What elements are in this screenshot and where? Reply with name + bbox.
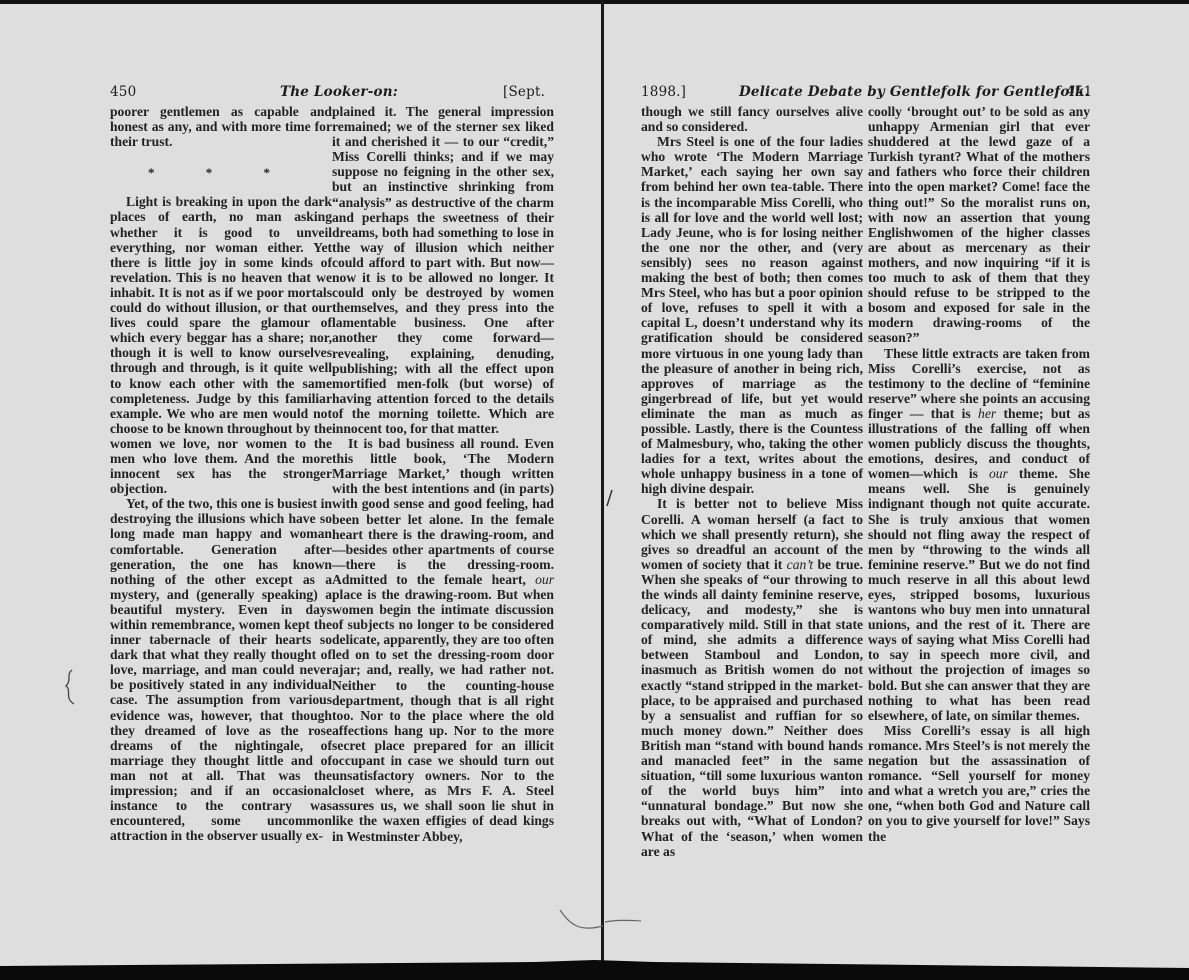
paragraph: though we still fancy ourselves alive an… [641, 104, 863, 134]
pencil-brace-mark [60, 668, 80, 708]
paragraph: Mrs Steel is one of the four ladies who … [641, 134, 863, 496]
paragraph: Light is breaking in upon the dark place… [110, 194, 332, 496]
bookmark-thread [555, 900, 645, 940]
section-separator: * * * [110, 165, 332, 180]
paragraph: poorer gentlemen as capable and honest a… [110, 104, 332, 149]
left-page: 450 The Looker-on: [Sept. poorer gentlem… [0, 0, 600, 960]
paragraph: It is better not to believe Miss Corelli… [641, 496, 863, 858]
left-page-column-1: poorer gentlemen as capable and honest a… [110, 104, 332, 843]
paragraph: These little extracts are taken from Mis… [868, 346, 1090, 723]
page-number-right: 451 [1066, 84, 1092, 100]
right-page-column-2: coolly ‘brought out’ to be sold as any u… [868, 104, 1090, 844]
running-title-right: Delicate Debate by Gentlefolk for Gentle… [739, 84, 1089, 100]
running-title-left: The Looker-on: [280, 84, 398, 100]
paragraph: Yet, of the two, this one is busiest in … [110, 496, 332, 843]
left-page-column-2: plained it. The general impression remai… [332, 104, 554, 844]
paragraph: plained it. The general impression remai… [332, 104, 554, 436]
right-page: 1898.] Delicate Debate by Gentlefolk for… [604, 0, 1189, 960]
book-spread: 450 The Looker-on: [Sept. poorer gentlem… [0, 0, 1189, 966]
running-date-left: [Sept. [503, 84, 545, 100]
pencil-slash-mark [604, 488, 616, 510]
paragraph: coolly ‘brought out’ to be sold as any u… [868, 104, 1090, 346]
running-date-right: 1898.] [641, 84, 686, 100]
paragraph: Miss Corelli’s essay is all high romance… [868, 723, 1090, 844]
page-number-left: 450 [110, 84, 136, 100]
paragraph: It is bad business all round. Even this … [332, 436, 554, 844]
right-page-column-1: though we still fancy ourselves alive an… [641, 104, 863, 859]
